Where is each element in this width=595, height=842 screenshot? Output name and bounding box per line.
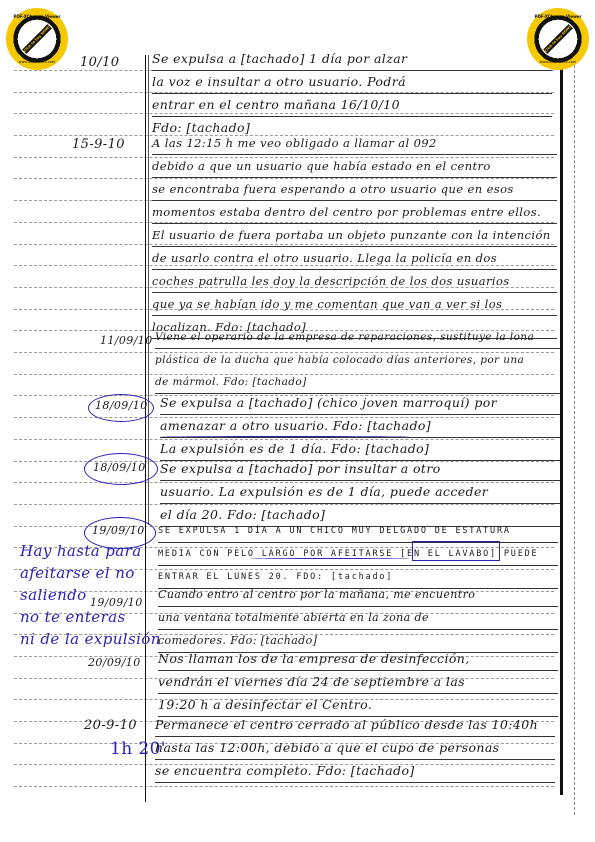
entry-line: coches patrulla les doy la descripción d… [152, 270, 557, 293]
margin-line [145, 55, 146, 802]
watermark-title: PDF-XChange Viewer [7, 14, 67, 19]
entry-line: de mármol. Fdo: [tachado] [155, 371, 560, 394]
page-right-edge [560, 55, 563, 795]
entry-line: Cuando entro al centro por la mañana, me… [158, 584, 558, 607]
page-perforation [574, 55, 575, 815]
entry-text: Se expulsa a [tachado] 1 día por alzar l… [152, 48, 552, 137]
entry-line: se encuentra completo. Fdo: [tachado] [155, 760, 555, 783]
entry-date: 18/09/10 [93, 457, 146, 479]
watermark-cta: Click to buy NOW! [23, 25, 51, 53]
ruled-line [14, 786, 554, 787]
entry-text: Se expulsa a [tachado] por insultar a ot… [160, 458, 560, 527]
scanned-log-page: PDF-XChange Viewer Click to buy NOW! www… [0, 0, 595, 842]
entry-line: El usuario de fuera portaba un objeto pu… [152, 224, 557, 247]
entry-date: 19/09/10 [92, 520, 145, 542]
entry-text: Viene el operario de la empresa de repar… [155, 326, 560, 394]
entry-line: Viene el operario de la empresa de repar… [155, 326, 560, 349]
entry-text: Se expulsa a [tachado] (chico joven marr… [160, 392, 560, 461]
entry-text: Permanece el centro cerrado al público d… [155, 714, 555, 783]
entry-line: Nos llaman los de la empresa de desinfec… [158, 648, 558, 671]
entry-line: Se expulsa a [tachado] 1 día por alzar [152, 48, 552, 71]
entry-line: A las 12:15 h me veo obligado a llamar a… [152, 132, 557, 155]
entry-line: usuario. La expulsión es de 1 día, puede… [160, 481, 560, 504]
watermark-title: PDF-XChange Viewer [528, 14, 588, 19]
entry-line: momentos estaba dentro del centro por pr… [152, 201, 557, 224]
entry-line: una ventana totalmente abierta en la zon… [158, 607, 558, 630]
entry-line: Se expulsa a [tachado] por insultar a ot… [160, 458, 560, 481]
entry-text: Cuando entro al centro por la mañana, me… [158, 584, 558, 653]
margin-note-line: ni de la expulsión [20, 628, 161, 650]
entry-line: la voz e insultar a otro usuario. Podrá [152, 71, 552, 94]
entry-line: vendrán el viernes día 24 de septiembre … [158, 671, 558, 694]
entry-date: 20/09/10 [88, 652, 141, 674]
blue-underline [160, 436, 410, 437]
entry-date: 19/09/10 [90, 592, 143, 614]
watermark-url: www.docu-track.com [7, 60, 67, 64]
entry-date: 10/10 [80, 52, 119, 74]
watermark-badge-left[interactable]: PDF-XChange Viewer Click to buy NOW! www… [6, 8, 68, 70]
entry-line: debido a que un usuario que había estado… [152, 155, 557, 178]
margin-note-line: afeitarse el no [20, 562, 161, 584]
entry-line: SE EXPULSA 1 DÍA A UN CHICO MUY DELGADO … [158, 520, 558, 543]
entry-line: plástica de la ducha que había colocado … [155, 349, 560, 371]
entry-line: Se expulsa a [tachado] (chico joven marr… [160, 392, 560, 415]
blue-box-annotation [412, 541, 500, 561]
entry-date: 11/09/10 [100, 330, 153, 352]
entry-line: Permanece el centro cerrado al público d… [155, 714, 555, 737]
margin-note-line: Hay hasta para [20, 540, 161, 562]
entry-line: entrar en el centro mañana 16/10/10 [152, 94, 552, 117]
entry-date: 15-9-10 [72, 134, 125, 156]
entry-line: se encontraba fuera esperando a otro usu… [152, 178, 557, 201]
margin-line-secondary [148, 55, 149, 525]
blue-underline [250, 558, 410, 559]
entry-date: 20-9-10 [84, 715, 137, 737]
entry-text: Nos llaman los de la empresa de desinfec… [158, 648, 558, 717]
entry-line: amenazar a otro usuario. Fdo: [tachado] [160, 415, 560, 438]
entry-date: 18/09/10 [95, 395, 148, 417]
entry-line: de usarlo contra el otro usuario. Llega … [152, 247, 557, 270]
entry-line: hasta las 12:00h, debido a que el cupo d… [155, 737, 555, 760]
entry-line: que ya se habían ido y me comentan que v… [152, 293, 557, 316]
entry-text: A las 12:15 h me veo obligado a llamar a… [152, 132, 557, 339]
